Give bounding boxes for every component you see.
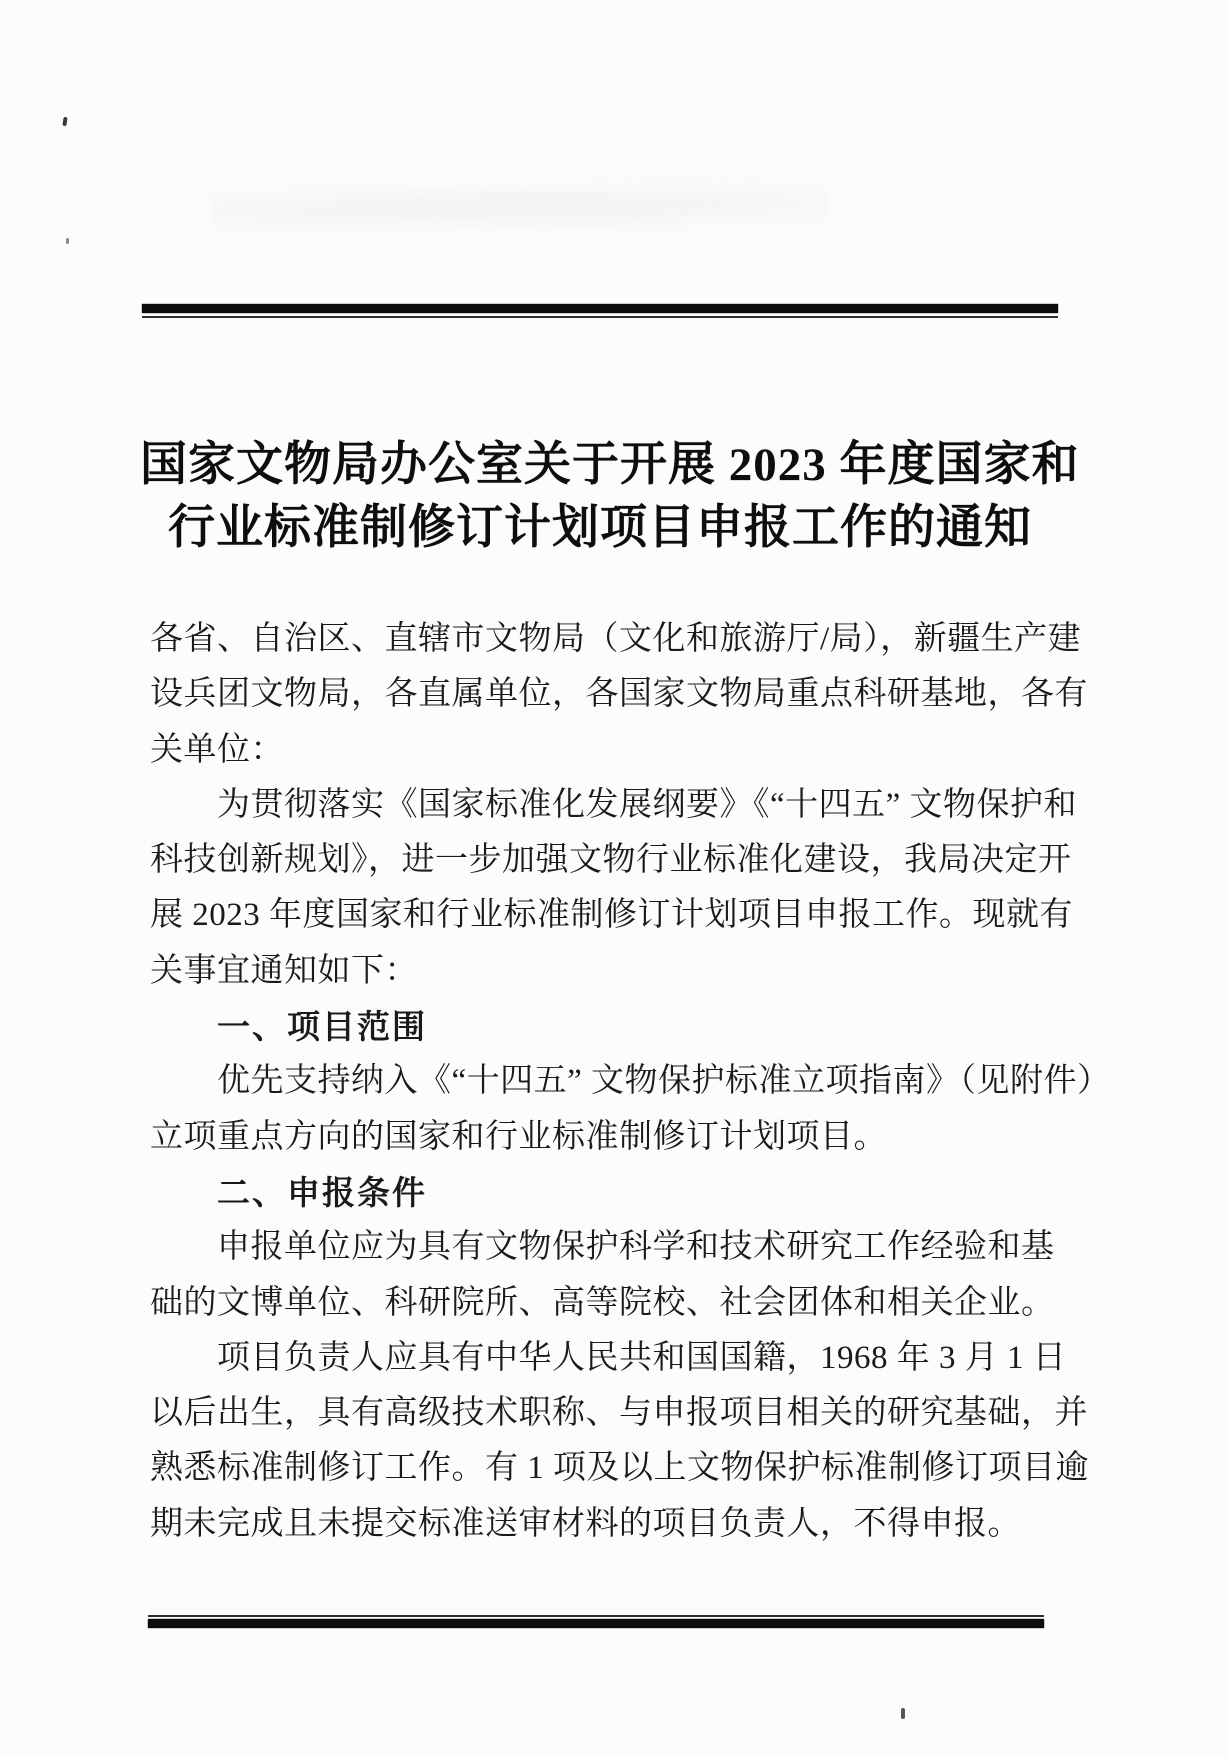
document-title-line-1: 国家文物局办公室关于开展 2023 年度国家和 [140, 434, 1060, 497]
document-title-line-2: 行业标准制修订计划项目申报工作的通知 [140, 497, 1060, 560]
scanned-document-page: 国家文物局办公室关于开展 2023 年度国家和 行业标准制修订计划项目申报工作的… [0, 0, 1227, 1758]
document-title: 国家文物局办公室关于开展 2023 年度国家和 行业标准制修订计划项目申报工作的… [140, 434, 1060, 560]
scan-speck-artifact [66, 238, 69, 244]
body-line-section-1: 优先支持纳入《“十四五” 文物保护标准立项指南》（见附件） [150, 1054, 1080, 1109]
scan-speck-artifact [62, 117, 67, 126]
body-line-salutation: 各省、自治区、直辖市文物局（文化和旅游厅/局），新疆生产建 [150, 612, 1080, 667]
body-line-intro: 科技创新规划》，进一步加强文物行业标准化建设，我局决定开 [150, 833, 1080, 888]
header-divider-rule [142, 304, 1058, 318]
body-line-section-2: 以后出生，具有高级技术职称、与申报项目相关的研究基础，并 [150, 1386, 1080, 1441]
body-line-section-2: 期未完成且未提交标准送审材料的项目负责人，不得申报。 [150, 1497, 1080, 1552]
section-heading-2: 二、申报条件 [150, 1165, 1080, 1220]
scan-speck-artifact [901, 1708, 905, 1719]
body-line-section-2: 申报单位应为具有文物保护科学和技术研究工作经验和基 [150, 1220, 1080, 1275]
header-divider-thick-line [142, 304, 1058, 313]
header-divider-thin-line [142, 316, 1058, 318]
footer-divider-thin-line [148, 1615, 1044, 1617]
body-line-section-2: 础的文博单位、科研院所、高等院校、社会团体和相关企业。 [150, 1276, 1080, 1331]
section-heading-1: 一、项目范围 [150, 999, 1080, 1054]
body-line-section-2: 熟悉标准制修订工作。有 1 项及以上文物保护标准制修订项目逾 [150, 1441, 1080, 1496]
scan-smudge-artifact [210, 175, 830, 245]
body-line-salutation: 关单位： [150, 723, 1080, 778]
body-line-section-1: 立项重点方向的国家和行业标准制修订计划项目。 [150, 1110, 1080, 1165]
body-line-section-2: 项目负责人应具有中华人民共和国国籍，1968 年 3 月 1 日 [150, 1331, 1080, 1386]
body-line-intro: 为贯彻落实《国家标准化发展纲要》《“十四五” 文物保护和 [150, 778, 1080, 833]
body-line-intro: 关事宜通知如下： [150, 944, 1080, 999]
footer-divider-thick-line [148, 1619, 1044, 1628]
body-line-intro: 展 2023 年度国家和行业标准制修订计划项目申报工作。现就有 [150, 888, 1080, 943]
footer-divider-rule [148, 1615, 1044, 1628]
body-line-salutation: 设兵团文物局，各直属单位，各国家文物局重点科研基地，各有 [150, 667, 1080, 722]
document-body: 各省、自治区、直辖市文物局（文化和旅游厅/局），新疆生产建 设兵团文物局，各直属… [150, 612, 1080, 1552]
